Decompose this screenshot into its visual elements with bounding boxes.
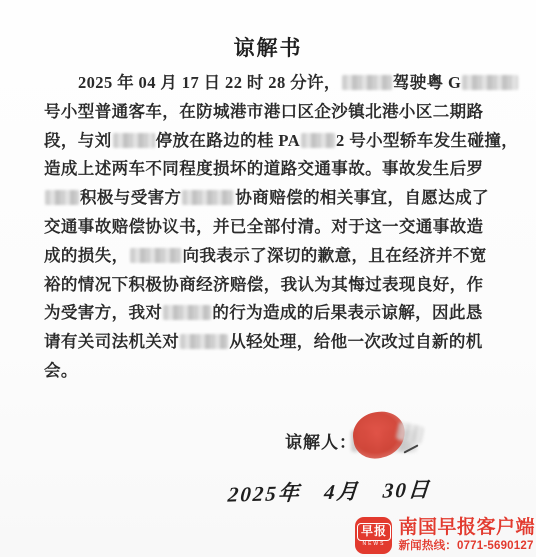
brand-text-block: 南国早报客户端 新闻热线：0771-5690127 <box>398 518 535 552</box>
body-line: 裕的情况下积极协商经济赔偿，我认为其悔过表现良好，作 <box>44 271 500 300</box>
document-body: 2025 年 04 月 17 日 22 时 28 分许，驾驶粤 G号小型普通客车… <box>44 69 500 386</box>
zaobao-logo-subtext: NEWS <box>362 542 385 547</box>
news-app-watermark: 早报 NEWS 南国早报客户端 新闻热线：0771-5690127 <box>355 514 535 556</box>
news-hotline: 新闻热线：0771-5690127 <box>398 540 535 552</box>
body-line: 成的损失，向我表示了深切的歉意，且在经济并不宽 <box>44 242 500 271</box>
redacted-blur <box>130 248 182 263</box>
body-line: 交通事故赔偿协议书，并已全部付清。对于这一交通事故造 <box>44 213 500 242</box>
body-line: 号小型普通客车，在防城港市港口区企沙镇北港小区二期路 <box>44 98 500 127</box>
body-line: 会。 <box>44 357 500 386</box>
document-title: 谅解书 <box>0 32 536 62</box>
redacted-blur <box>462 75 518 90</box>
document-photo: 谅解书 2025 年 04 月 17 日 22 时 28 分许，驾驶粤 G号小型… <box>0 0 536 557</box>
signature-label: 谅解人： <box>285 433 357 452</box>
body-line: 请有关司法机关对从轻处理，给他一次改过自新的机 <box>44 328 500 357</box>
signature-row: 谅解人： <box>285 422 357 468</box>
zaobao-app-icon: 早报 NEWS <box>355 517 392 554</box>
redacted-blur <box>163 305 211 320</box>
redacted-blur <box>342 75 392 90</box>
brand-name: 南国早报客户端 <box>398 518 535 538</box>
redacted-blur <box>301 133 335 148</box>
redacted-blur <box>45 190 79 205</box>
body-line: 为受害方，我对的行为造成的后果表示谅解，因此恳 <box>44 299 500 328</box>
body-line: 造成上述两车不同程度损坏的道路交通事故。事故发生后罗 <box>44 155 500 184</box>
body-line: 2025 年 04 月 17 日 22 时 28 分许，驾驶粤 G <box>44 69 500 98</box>
redacted-blur <box>180 334 228 349</box>
handwritten-date: 2025年 4月 30日 <box>227 473 432 508</box>
redacted-blur <box>182 190 234 205</box>
body-line: 段，与刘停放在路边的桂 PA2 号小型轿车发生碰撞， <box>44 127 500 156</box>
redacted-blur <box>113 133 155 148</box>
zaobao-logo-text: 早报 <box>357 523 391 540</box>
body-line: 积极与受害方协商赔偿的相关事宜，自愿达成了 <box>44 184 500 213</box>
